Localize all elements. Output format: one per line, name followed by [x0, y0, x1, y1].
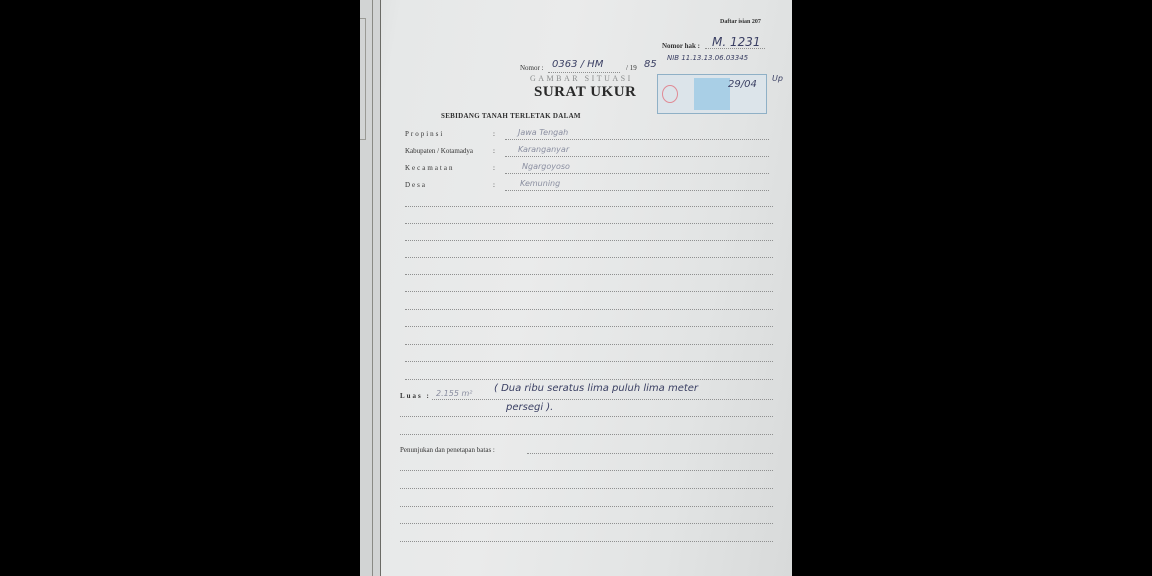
field-line — [505, 190, 769, 191]
blank-line — [405, 344, 773, 345]
nomor-line — [548, 72, 620, 73]
field-label-kecamatan: Kecamatan — [405, 164, 454, 172]
blank-line — [405, 240, 773, 241]
nib-number: NIB 11.13.13.06.03345 — [667, 54, 748, 62]
blank-line — [405, 361, 773, 362]
form-code: Daftar isian 207 — [720, 19, 761, 25]
binding-edge — [360, 0, 381, 576]
year-value: 85 — [644, 59, 657, 70]
year-prefix: / 19 — [626, 64, 637, 72]
blank-line — [405, 274, 773, 275]
blank-line — [405, 291, 773, 292]
penunjukan-label: Penunjukan dan penetapan batas : — [400, 446, 495, 454]
binding-box — [360, 18, 366, 140]
colon: : — [493, 130, 495, 138]
blank-line — [400, 506, 773, 507]
blank-line — [400, 434, 773, 435]
luas-value: 2.155 m² — [436, 389, 472, 398]
luas-text-line2: persegi ). — [506, 402, 553, 413]
field-line — [505, 156, 769, 157]
luas-text-line1: ( Dua ribu seratus lima puluh lima meter — [494, 383, 698, 394]
blank-line — [400, 488, 773, 489]
blank-line — [405, 206, 773, 207]
field-label-propinsi: Propinsi — [405, 130, 444, 138]
revenue-stamp: 29/04 — [657, 74, 767, 114]
field-value-desa: Kemuning — [520, 179, 560, 188]
field-line — [505, 139, 769, 140]
colon: : — [493, 164, 495, 172]
field-label-desa: Desa — [405, 181, 427, 189]
luas-label: Luas : — [400, 392, 431, 400]
blank-line — [405, 257, 773, 258]
colon: : — [493, 181, 495, 189]
field-value-kabupaten: Karanganyar — [518, 145, 569, 154]
blank-line — [405, 379, 773, 380]
stamp-blue-block — [694, 78, 730, 110]
nomor-value: 0363 / HM — [552, 59, 603, 70]
field-label-kabupaten: Kabupaten / Kotamadya — [405, 147, 473, 155]
field-value-propinsi: Jawa Tengah — [518, 128, 568, 137]
blank-line — [400, 523, 773, 524]
binding-line — [372, 0, 373, 576]
blank-line — [400, 541, 773, 542]
nomor-hak-label: Nomor hak : — [662, 42, 700, 50]
stamp-note: Up — [772, 74, 783, 83]
subtitle-gambar-situasi: GAMBAR SITUASI — [530, 74, 633, 83]
blank-line — [400, 470, 773, 471]
blank-line — [400, 416, 773, 417]
document-page: Daftar isian 207 Nomor hak : M. 1231 NIB… — [360, 0, 792, 576]
stamp-date: 29/04 — [728, 79, 757, 90]
field-value-kecamatan: Ngargoyoso — [522, 162, 570, 171]
stamp-seal-icon — [662, 85, 678, 103]
nomor-hak-line — [705, 48, 765, 49]
nomor-label: Nomor : — [520, 64, 544, 72]
title-surat-ukur: SURAT UKUR — [534, 84, 636, 101]
blank-line — [405, 309, 773, 310]
field-line — [505, 173, 769, 174]
blank-line — [405, 223, 773, 224]
nomor-hak-value: M. 1231 — [712, 35, 761, 49]
blank-line — [405, 326, 773, 327]
section-heading: SEBIDANG TANAH TERLETAK DALAM — [441, 112, 581, 120]
colon: : — [493, 147, 495, 155]
luas-line — [432, 399, 773, 400]
penunjukan-line — [527, 453, 773, 454]
